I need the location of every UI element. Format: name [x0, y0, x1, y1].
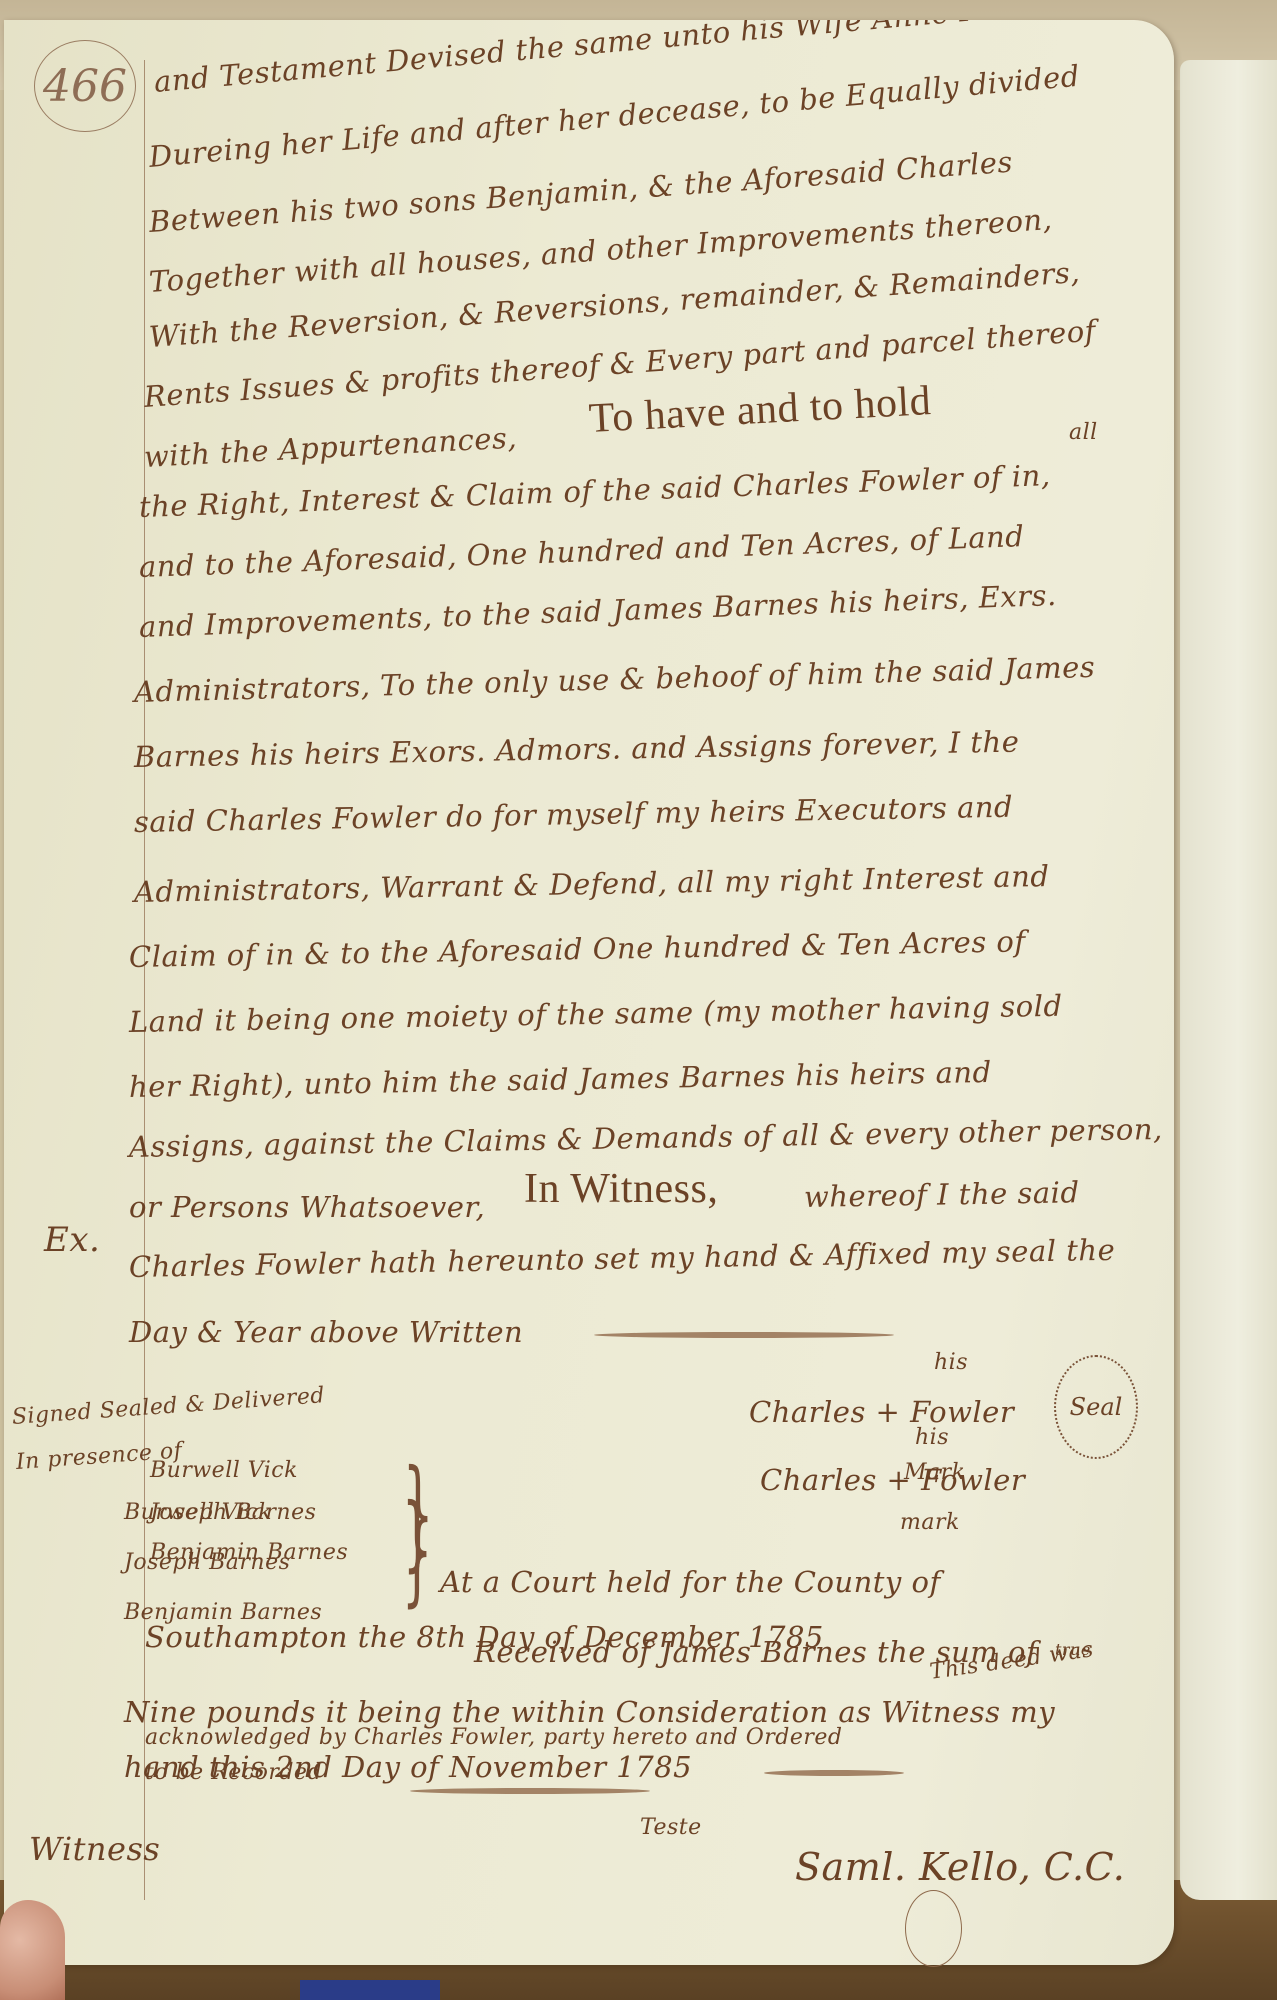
interlinear-note: true: [1055, 1640, 1091, 1659]
teste-label: Teste: [640, 1815, 702, 1840]
line-flourish: [594, 1332, 894, 1338]
court-line: Southampton the 8th Day of December 1785: [145, 1620, 824, 1654]
receipt-line: Nine pounds it being the within Consider…: [124, 1695, 1055, 1729]
deed-line: Barnes his heirs Exors. Admors. and Assi…: [134, 725, 1020, 774]
deed-line: Assigns, against the Claims & Demands of…: [129, 1112, 1163, 1164]
deed-line: all: [1069, 420, 1098, 445]
margin-mark: Ex.: [44, 1220, 100, 1260]
grantor-signature: Charles + Fowler: [749, 1395, 1014, 1429]
deed-line: the Right, Interest & Claim of the said …: [138, 458, 1051, 524]
line-flourish: [410, 1788, 650, 1794]
deed-line: Day & Year above Written: [129, 1315, 523, 1349]
thumb-holding-page: [0, 1900, 65, 2000]
deed-line: and to the Aforesaid, One hundred and Te…: [138, 519, 1024, 584]
background-object: [300, 1980, 440, 2000]
witness-heading: In Witness,: [524, 1165, 718, 1213]
deed-line: whereof I the said: [804, 1175, 1080, 1214]
receipt-witness-name: Burwell Vick: [150, 1458, 298, 1483]
clerk-flourish-icon: [905, 1890, 962, 1967]
deed-line: her Right), unto him the said James Barn…: [129, 1055, 992, 1104]
deed-line: or Persons Whatsoever,: [129, 1190, 485, 1224]
witness-label: Witness: [29, 1830, 160, 1868]
clerk-signature: Saml. Kello, C.C.: [795, 1845, 1125, 1889]
attest-label: Signed Sealed & Delivered: [11, 1383, 326, 1430]
receipt-witness-name: Joseph Barnes: [150, 1500, 316, 1525]
deed-line: Claim of in & to the Aforesaid One hundr…: [129, 924, 1026, 974]
underlying-page: [1180, 60, 1277, 1900]
seal-label: Seal: [1070, 1393, 1123, 1421]
court-line: At a Court held for the County of: [440, 1565, 941, 1599]
his-label: his: [934, 1350, 968, 1375]
deed-line: Land it being one moiety of the same (my…: [129, 989, 1063, 1039]
court-line: to be Recorded: [145, 1760, 322, 1785]
brace-icon: }: [403, 1445, 434, 1584]
deed-line: with the Appurtenances,: [143, 420, 518, 473]
receipt-witness-name: Benjamin Barnes: [150, 1540, 348, 1565]
deed-line: Administrators, Warrant & Defend, all my…: [134, 859, 1050, 909]
deed-line: Administrators, To the only use & behoof…: [134, 650, 1096, 709]
mark-label: mark: [900, 1510, 960, 1535]
habendum-heading: To have and to hold: [588, 377, 933, 443]
page-number: 466: [34, 40, 136, 132]
court-line: acknowledged by Charles Fowler, party he…: [145, 1725, 843, 1750]
deed-line: and Improvements, to the said James Barn…: [138, 578, 1057, 644]
seal-icon: Seal: [1054, 1355, 1138, 1459]
deed-line: said Charles Fowler do for myself my hei…: [134, 790, 1014, 839]
receipt-signature: Charles + Fowler: [760, 1463, 1025, 1497]
line-flourish: [764, 1770, 904, 1776]
his-label: his: [915, 1425, 949, 1450]
deed-line: Charles Fowler hath hereunto set my hand…: [129, 1233, 1116, 1284]
